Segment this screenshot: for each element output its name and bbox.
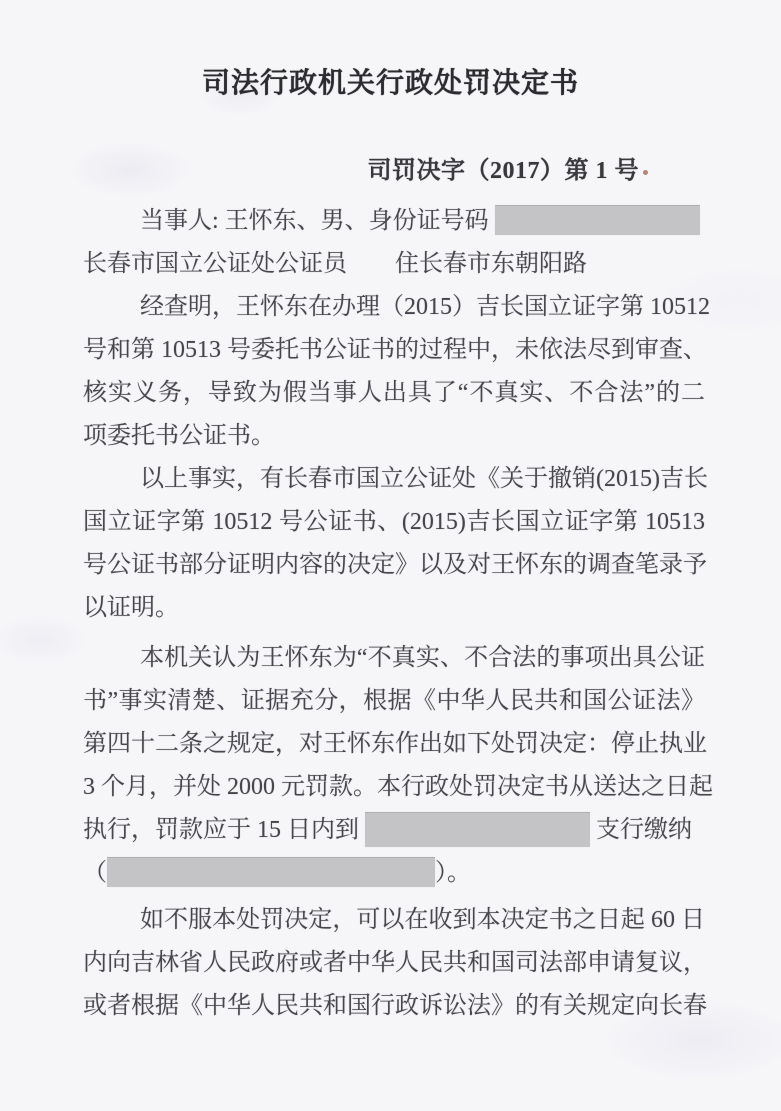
text-line: 项委托书公证书。 — [83, 415, 705, 458]
text-line: 3 个月，并处 2000 元罚款。本行政处罚决定书从送达之日起 — [83, 766, 705, 809]
text-segment: 第四十二条之规定，对王怀东作出如下处罚决定：停止执业 — [83, 731, 707, 757]
text-line: 内向吉林省人民政府或者中华人民共和国司法部申请复议， — [83, 942, 705, 985]
text-line: 如不服本处罚决定，可以在收到本决定书之日起 60 日 — [83, 899, 705, 942]
redaction-box — [107, 857, 435, 887]
document-body: 当事人: 王怀东、男、身份证号码 长春市国立公证处公证员 住长春市东朝阳路经查明… — [83, 200, 705, 1028]
text-line: 长春市国立公证处公证员 住长春市东朝阳路 — [83, 243, 705, 286]
text-line: 第四十二条之规定，对王怀东作出如下处罚决定：停止执业 — [83, 723, 705, 766]
text-line: 以证明。 — [83, 587, 705, 630]
text-line: 以上事实，有长春市国立公证处《关于撤销(2015)吉长 — [83, 458, 705, 501]
text-segment: 国立证字第 10512 号公证书、(2015)吉长国立证字第 10513 — [83, 509, 705, 535]
paragraph: 以上事实，有长春市国立公证处《关于撤销(2015)吉长国立证字第 10512 号… — [83, 458, 705, 630]
text-line: 国立证字第 10512 号公证书、(2015)吉长国立证字第 10513 — [83, 501, 705, 544]
document-number: 司罚决字（2017）第 1 号 — [368, 155, 649, 187]
text-segment: 当事人: 王怀东、男、身份证号码 — [140, 208, 495, 234]
text-segment: 本机关认为王怀东为“不真实、不合法的事项出具公证 — [140, 645, 705, 671]
text-line: 或者根据《中华人民共和国行政诉讼法》的有关规定向长春 — [83, 985, 705, 1028]
text-segment: 如不服本处罚决定，可以在收到本决定书之日起 60 日 — [140, 907, 705, 933]
text-segment: 项委托书公证书。 — [83, 423, 275, 449]
text-segment: 核实义务，导致为假当事人出具了“不真实、不合法”的二 — [83, 380, 705, 406]
text-segment: 号公证书部分证明内容的决定》以及对王怀东的调查笔录予 — [83, 552, 707, 578]
text-segment: 执行，罚款应于 15 日内到 — [83, 817, 365, 843]
text-line: 当事人: 王怀东、男、身份证号码 — [83, 200, 705, 243]
text-segment: （ — [83, 860, 107, 886]
paragraph: 当事人: 王怀东、男、身份证号码 长春市国立公证处公证员 住长春市东朝阳路 — [83, 200, 705, 286]
paragraph: 本机关认为王怀东为“不真实、不合法的事项出具公证书”事实清楚、证据充分，根据《中… — [83, 637, 705, 895]
text-line: 经查明，王怀东在办理（2015）吉长国立证字第 10512 — [83, 286, 705, 329]
text-segment: 支行缴纳 — [590, 817, 692, 843]
text-line: 号和第 10513 号委托书公证书的过程中，未依法尽到审查、 — [83, 329, 705, 372]
paragraph: 经查明，王怀东在办理（2015）吉长国立证字第 10512号和第 10513 号… — [83, 286, 705, 458]
text-line: 号公证书部分证明内容的决定》以及对王怀东的调查笔录予 — [83, 544, 705, 587]
text-line: 书”事实清楚、证据充分，根据《中华人民共和国公证法》 — [83, 680, 705, 723]
text-segment: 号和第 10513 号委托书公证书的过程中，未依法尽到审查、 — [83, 337, 707, 363]
scanned-document-page: 司法行政机关行政处罚决定书 司罚决字（2017）第 1 号 当事人: 王怀东、男… — [0, 0, 781, 1111]
text-segment: 以上事实，有长春市国立公证处《关于撤销(2015)吉长 — [140, 466, 708, 492]
text-segment: 经查明，王怀东在办理（2015）吉长国立证字第 10512 — [140, 294, 710, 320]
paragraph: 如不服本处罚决定，可以在收到本决定书之日起 60 日内向吉林省人民政府或者中华人… — [83, 899, 705, 1028]
document-title: 司法行政机关行政处罚决定书 — [0, 64, 781, 102]
text-segment: 书”事实清楚、证据充分，根据《中华人民共和国公证法》 — [83, 688, 705, 714]
redaction-box — [495, 205, 700, 235]
text-line: 核实义务，导致为假当事人出具了“不真实、不合法”的二 — [83, 372, 705, 415]
redaction-box — [365, 812, 590, 847]
text-segment: 以证明。 — [83, 595, 179, 621]
text-segment: 内向吉林省人民政府或者中华人民共和国司法部申请复议， — [83, 950, 707, 976]
text-segment: ）。 — [435, 860, 471, 886]
text-line: （）。 — [83, 852, 705, 895]
text-segment: 长春市国立公证处公证员 住长春市东朝阳路 — [83, 251, 587, 277]
text-line: 执行，罚款应于 15 日内到 支行缴纳 — [83, 809, 705, 852]
text-line: 本机关认为王怀东为“不真实、不合法的事项出具公证 — [83, 637, 705, 680]
text-segment: 3 个月，并处 2000 元罚款。本行政处罚决定书从送达之日起 — [83, 774, 713, 800]
text-segment: 或者根据《中华人民共和国行政诉讼法》的有关规定向长春 — [83, 993, 707, 1019]
